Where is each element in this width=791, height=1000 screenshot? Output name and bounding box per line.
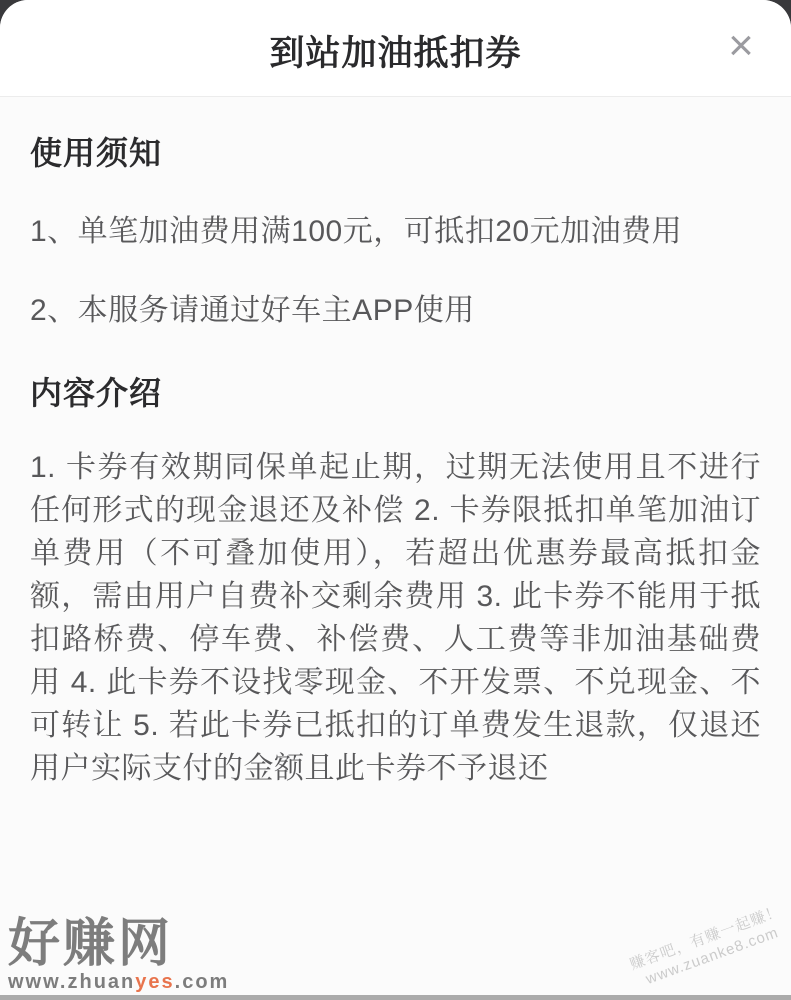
bottom-edge-strip [0, 995, 791, 1000]
content-intro-body: 1. 卡券有效期同保单起止期，过期无法使用且不进行任何形式的现金退还及补偿 2.… [30, 446, 761, 790]
modal-header: 到站加油抵扣券 × [0, 0, 791, 97]
modal-title: 到站加油抵扣券 [0, 26, 791, 76]
close-icon[interactable]: × [717, 22, 765, 70]
watermark-url-suffix: .com [175, 971, 230, 993]
usage-notice-heading: 使用须知 [30, 97, 761, 171]
watermark-zhuanyes-url: www.zhuanyes.com [8, 972, 229, 992]
modal-content: 使用须知 1、单笔加油费用满100元，可抵扣20元加油费用 2、本服务请通过好车… [0, 97, 791, 1000]
watermark-url-highlight: yes [135, 971, 174, 993]
coupon-detail-sheet: 到站加油抵扣券 × 使用须知 1、单笔加油费用满100元，可抵扣20元加油费用 … [0, 0, 791, 1000]
usage-notice-item-2: 2、本服务请通过好车主APP使用 [30, 294, 761, 327]
coupon-detail-modal-stage: 到站加油抵扣券 × 使用须知 1、单笔加油费用满100元，可抵扣20元加油费用 … [0, 0, 791, 1000]
watermark-url-prefix: www.zhuan [8, 971, 135, 993]
usage-notice-item-1: 1、单笔加油费用满100元，可抵扣20元加油费用 [30, 215, 761, 248]
watermark-zhuanyes: 好赚网 www.zhuanyes.com [8, 918, 229, 992]
watermark-zhuanyes-logo: 好赚网 [8, 918, 229, 970]
content-intro-heading: 内容介绍 [30, 377, 761, 411]
